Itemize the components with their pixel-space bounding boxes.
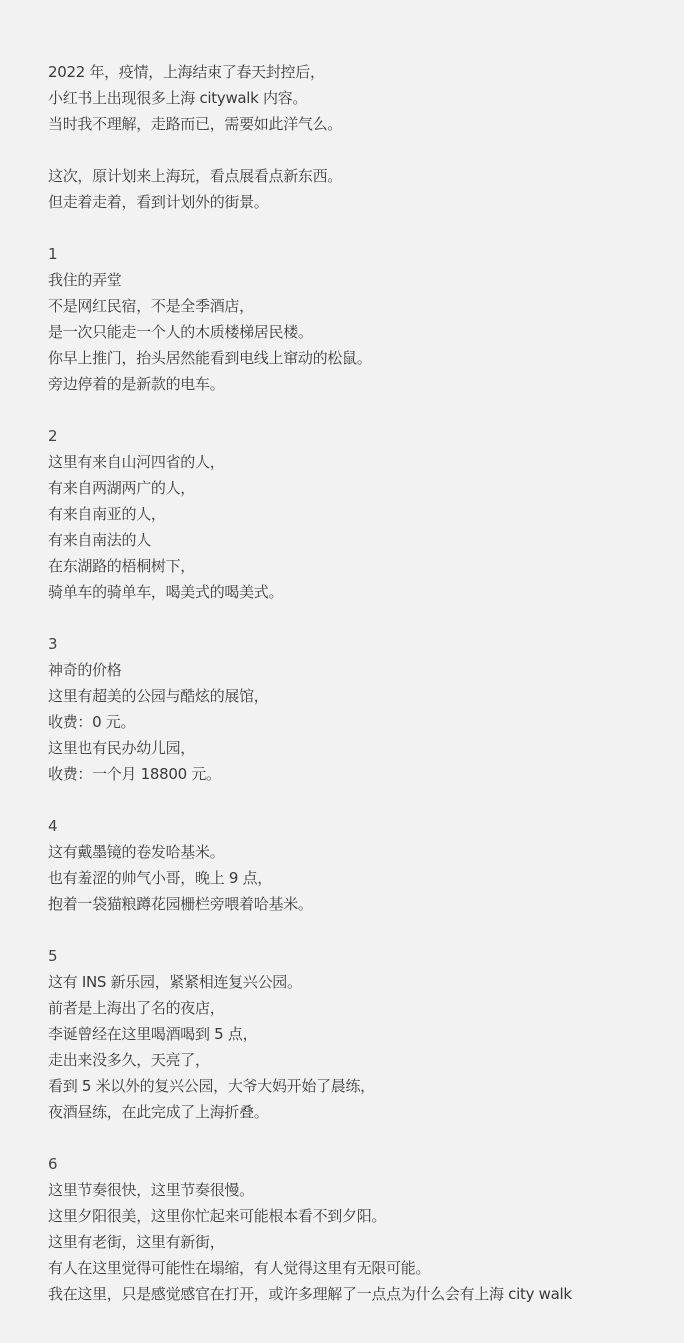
section-number: 6 (48, 1151, 678, 1177)
text-line: 这有戴墨镜的卷发哈基米。 (48, 839, 678, 865)
section-number: 5 (48, 943, 678, 969)
section-5: 5 这有 INS 新乐园，紧紧相连复兴公园。 前者是上海出了名的夜店， 李诞曾经… (48, 943, 678, 1125)
section-1: 1 我住的弄堂 不是网红民宿，不是全季酒店， 是一次只能走一个人的木质楼梯居民楼… (48, 241, 678, 397)
text-line: 走出来没多久，天亮了， (48, 1047, 678, 1073)
text-line: 这里也有民办幼儿园， (48, 735, 678, 761)
text-line: 收费：一个月 18800 元。 (48, 761, 678, 787)
section-2: 2 这里有来自山河四省的人， 有来自两湖两广的人， 有来自南亚的人， 有来自南法… (48, 423, 678, 605)
text-line: 有来自南亚的人， (48, 501, 678, 527)
text-line: 前者是上海出了名的夜店， (48, 995, 678, 1021)
text-line: 夜酒昼练，在此完成了上海折叠。 (48, 1099, 678, 1125)
text-line: 你早上推门，抬头居然能看到电线上窜动的松鼠。 (48, 345, 678, 371)
text-line: 2022 年，疫情，上海结束了春天封控后， (48, 59, 678, 85)
text-line: 在东湖路的梧桐树下， (48, 553, 678, 579)
text-line: 当时我不理解，走路而已，需要如此洋气么。 (48, 111, 678, 137)
section-3: 3 神奇的价格 这里有超美的公园与酷炫的展馆， 收费：0 元。 这里也有民办幼儿… (48, 631, 678, 787)
section-title: 我住的弄堂 (48, 267, 678, 293)
section-number: 3 (48, 631, 678, 657)
text-line: 李诞曾经在这里喝酒喝到 5 点， (48, 1021, 678, 1047)
text-line: 这里有来自山河四省的人， (48, 449, 678, 475)
text-line: 这有 INS 新乐园，紧紧相连复兴公园。 (48, 969, 678, 995)
text-line: 但走着走着，看到计划外的街景。 (48, 189, 678, 215)
section-number: 4 (48, 813, 678, 839)
text-line: 看到 5 米以外的复兴公园，大爷大妈开始了晨练， (48, 1073, 678, 1099)
text-line: 是一次只能走一个人的木质楼梯居民楼。 (48, 319, 678, 345)
section-4: 4 这有戴墨镜的卷发哈基米。 也有羞涩的帅气小哥，晚上 9 点， 抱着一袋猫粮蹲… (48, 813, 678, 917)
section-number: 1 (48, 241, 678, 267)
text-line: 有人在这里觉得可能性在塌缩，有人觉得这里有无限可能。 (48, 1255, 678, 1281)
text-line: 这里有超美的公园与酷炫的展馆， (48, 683, 678, 709)
text-line: 骑单车的骑单车，喝美式的喝美式。 (48, 579, 678, 605)
text-line: 也有羞涩的帅气小哥，晚上 9 点， (48, 865, 678, 891)
text-line: 这里节奏很快，这里节奏很慢。 (48, 1177, 678, 1203)
article-body: 2022 年，疫情，上海结束了春天封控后， 小红书上出现很多上海 citywal… (48, 59, 678, 1333)
section-6: 6 这里节奏很快，这里节奏很慢。 这里夕阳很美，这里你忙起来可能根本看不到夕阳。… (48, 1151, 678, 1307)
intro-paragraph: 2022 年，疫情，上海结束了春天封控后， 小红书上出现很多上海 citywal… (48, 59, 678, 137)
section-number: 2 (48, 423, 678, 449)
text-line: 这里有老街，这里有新街， (48, 1229, 678, 1255)
text-line: 我在这里，只是感觉感官在打开，或许多理解了一点点为什么会有上海 city wal… (48, 1281, 678, 1307)
text-line: 收费：0 元。 (48, 709, 678, 735)
text-line: 有来自南法的人 (48, 527, 678, 553)
text-line: 旁边停着的是新款的电车。 (48, 371, 678, 397)
text-line: 小红书上出现很多上海 citywalk 内容。 (48, 85, 678, 111)
text-line: 不是网红民宿，不是全季酒店， (48, 293, 678, 319)
text-line: 这次，原计划来上海玩，看点展看点新东西。 (48, 163, 678, 189)
text-line: 有来自两湖两广的人， (48, 475, 678, 501)
intro-paragraph-2: 这次，原计划来上海玩，看点展看点新东西。 但走着走着，看到计划外的街景。 (48, 163, 678, 215)
text-line: 抱着一袋猫粮蹲花园栅栏旁喂着哈基米。 (48, 891, 678, 917)
section-title: 神奇的价格 (48, 657, 678, 683)
text-line: 这里夕阳很美，这里你忙起来可能根本看不到夕阳。 (48, 1203, 678, 1229)
